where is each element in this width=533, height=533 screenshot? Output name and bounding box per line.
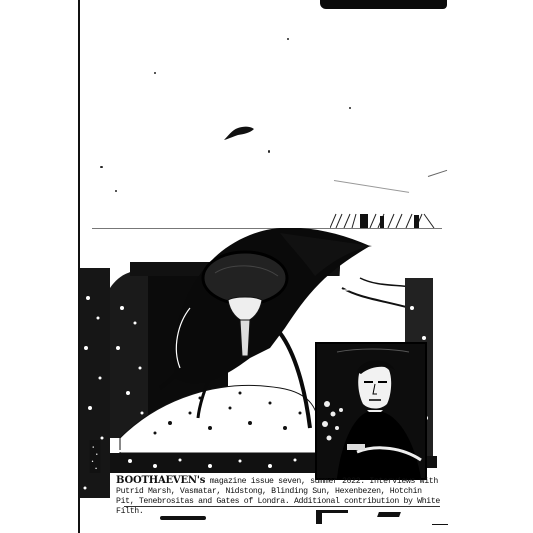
left-foliage-strip bbox=[80, 440, 110, 533]
ink-mark bbox=[160, 516, 206, 520]
speck bbox=[115, 190, 117, 192]
caption-underline bbox=[124, 506, 440, 507]
scratch-line bbox=[428, 170, 447, 177]
ink-mark bbox=[316, 510, 348, 513]
ink-smudge bbox=[222, 124, 256, 142]
scratch-line bbox=[334, 180, 409, 193]
speck bbox=[287, 38, 289, 40]
portrait-image bbox=[315, 342, 427, 480]
zine-page: BOOTHAEVEN's magazine issue seven, summe… bbox=[0, 0, 533, 533]
speck bbox=[349, 107, 351, 109]
speck bbox=[268, 150, 270, 153]
speck bbox=[100, 166, 103, 168]
hatched-band bbox=[330, 212, 438, 228]
magazine-title: BOOTHAEVEN's bbox=[116, 475, 205, 486]
ink-mark bbox=[377, 512, 401, 517]
ink-mark bbox=[432, 524, 448, 525]
speck bbox=[154, 72, 156, 74]
issue-caption: BOOTHAEVEN's magazine issue seven, summe… bbox=[116, 476, 440, 517]
top-black-bar bbox=[320, 0, 447, 9]
